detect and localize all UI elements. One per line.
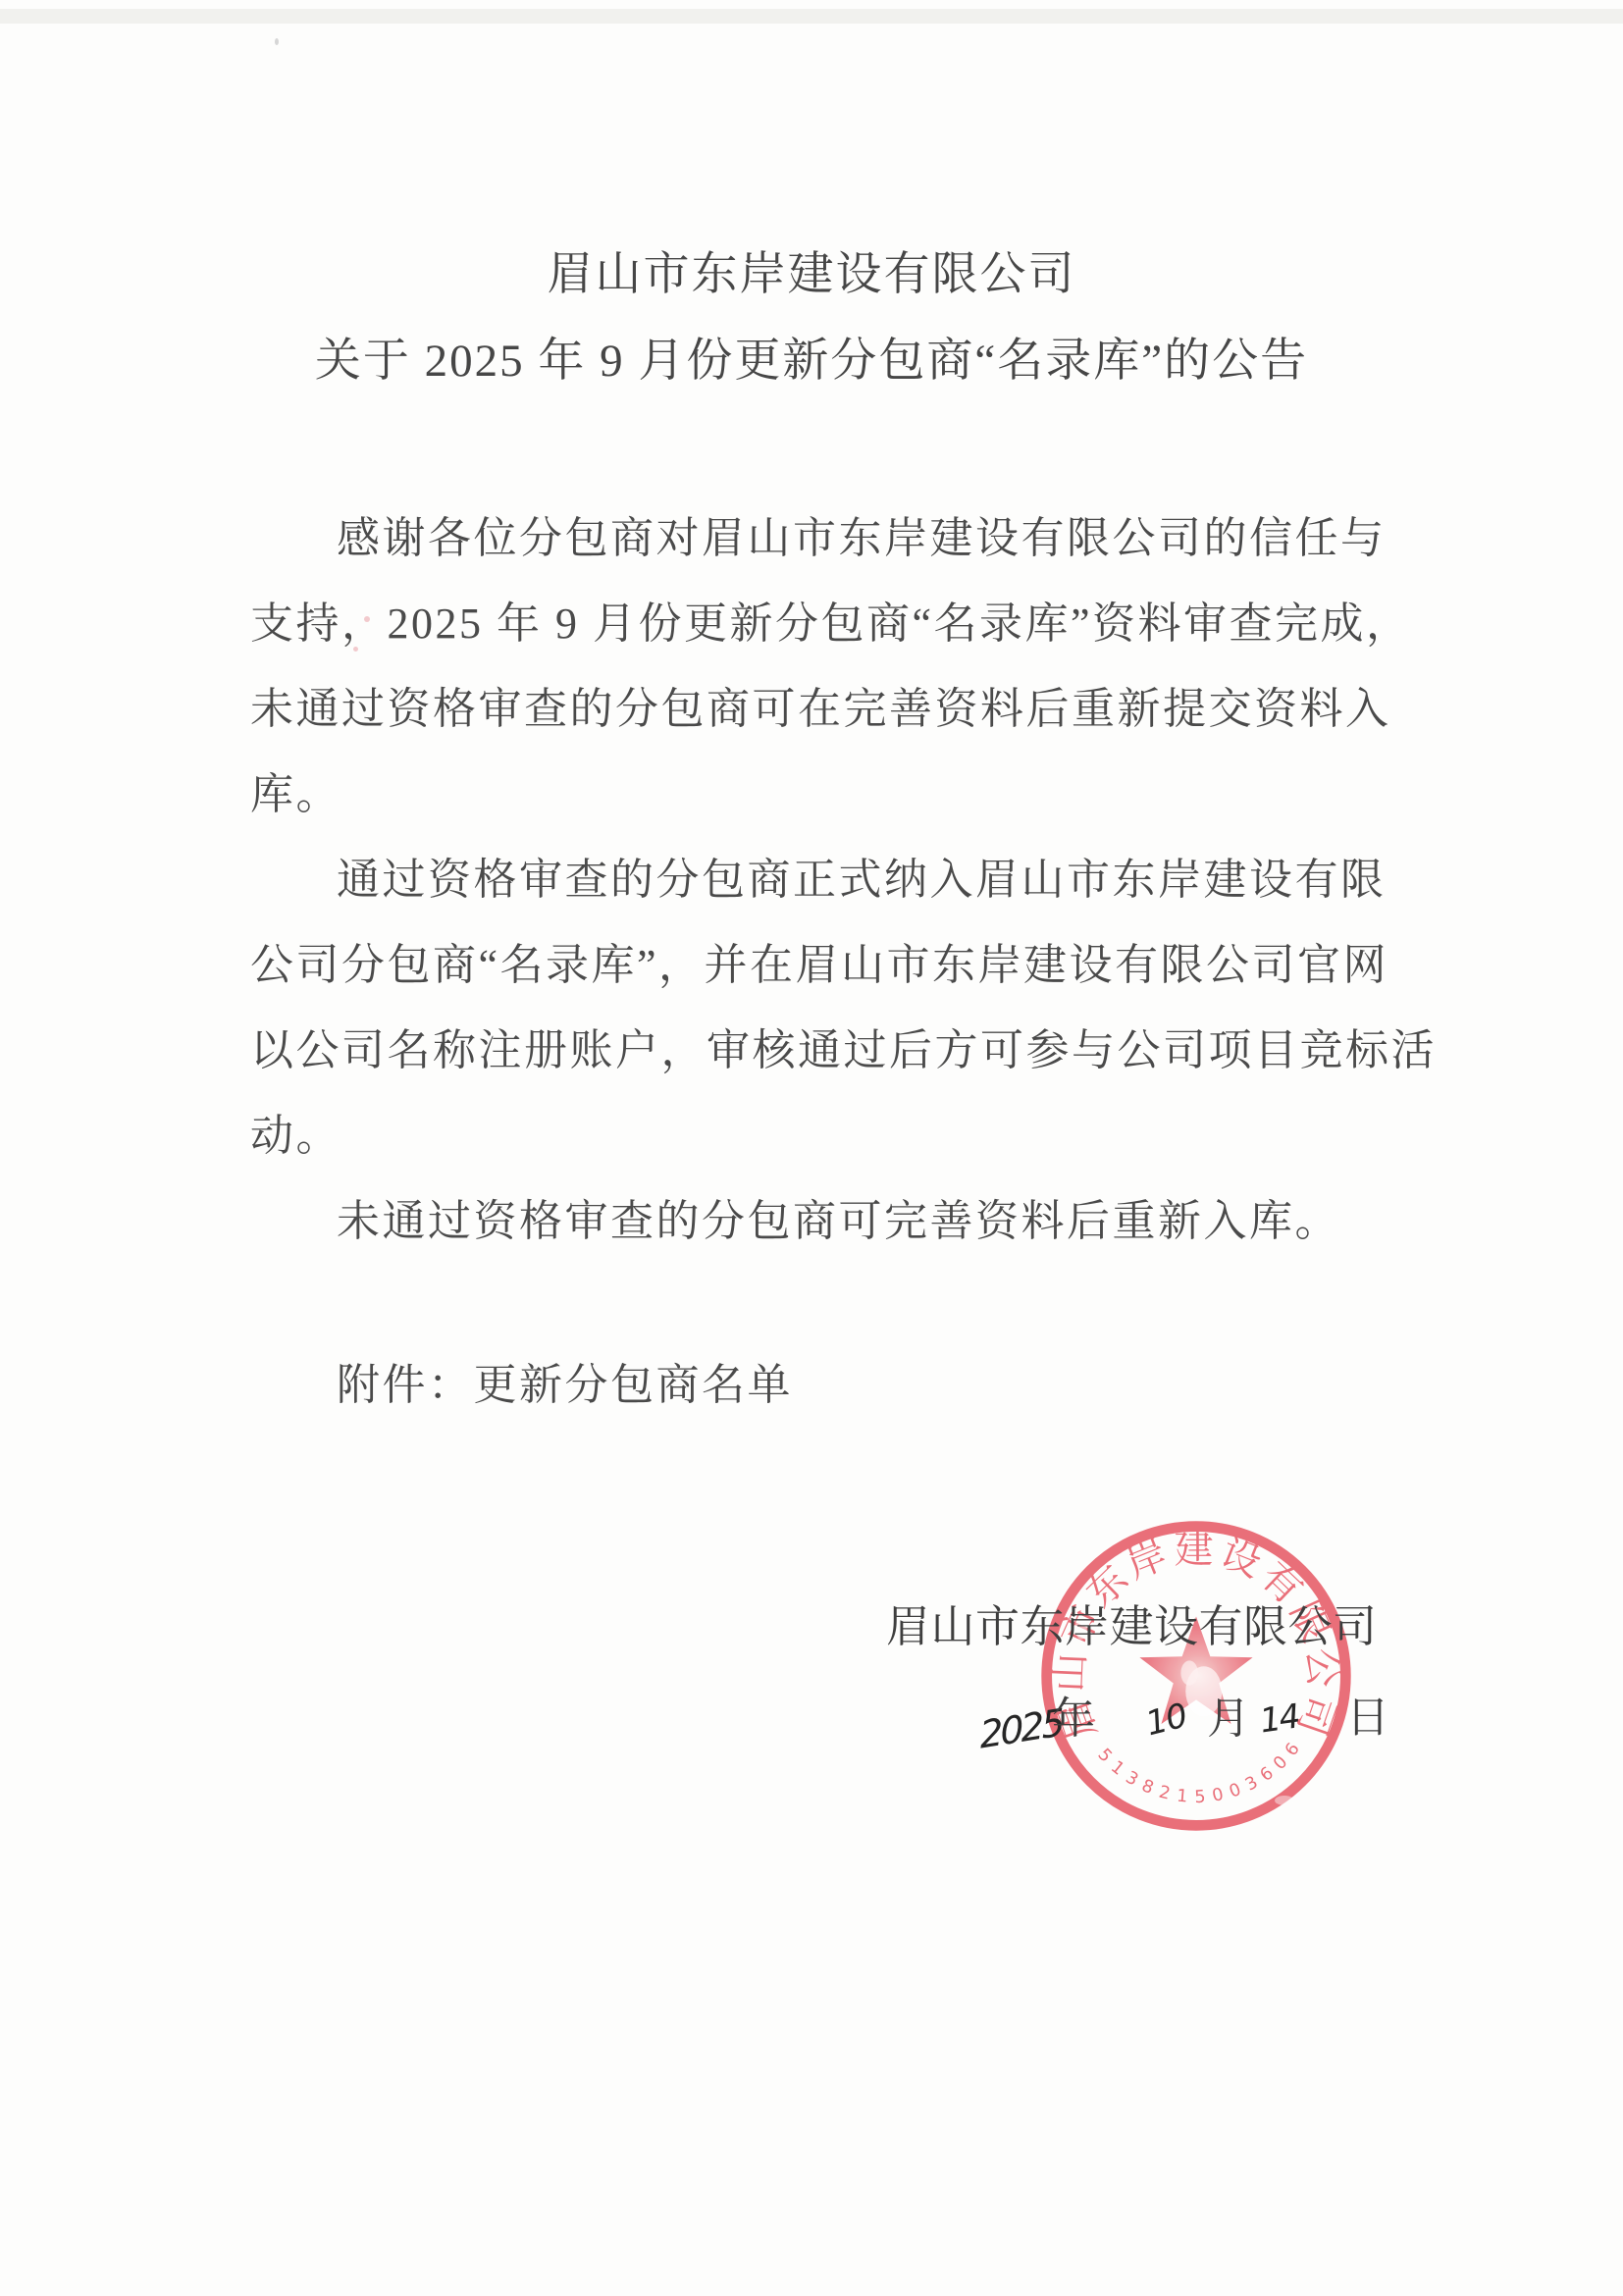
attachment-line: 附件：更新分包商名单 — [337, 1342, 793, 1428]
company-seal-stamp: 眉山市东岸建设有限公司 5138215003606 — [1033, 1511, 1359, 1841]
body-line: 通过资格审查的分包商正式纳入眉山市东岸建设有限 — [250, 837, 1379, 922]
body-line: 以公司名称注册账户，审核通过后方可参与公司项目竞标活 — [250, 1008, 1379, 1093]
body-line: 感谢各位分包商对眉山市东岸建设有限公司的信任与 — [250, 496, 1379, 581]
body-text-block: 感谢各位分包商对眉山市东岸建设有限公司的信任与支持，2025 年 9 月份更新分… — [250, 496, 1379, 1264]
seal-ink-void — [1180, 1660, 1198, 1685]
body-line: 未通过资格审查的分包商可完善资料后重新入库。 — [250, 1178, 1379, 1264]
body-line: 公司分包商“名录库”，并在眉山市东岸建设有限公司官网 — [250, 922, 1379, 1008]
handwritten-day: 14 — [1257, 1696, 1300, 1741]
document-title-subject: 关于 2025 年 9 月份更新分包商“名录库”的公告 — [0, 334, 1623, 389]
scan-artifact-band — [0, 9, 1623, 24]
seal-ink-void — [1275, 1796, 1294, 1805]
body-line: 未通过资格审查的分包商可在完善资料后重新提交资料入 — [250, 666, 1379, 752]
document-title-company: 眉山市东岸建设有限公司 — [0, 247, 1623, 302]
body-line: 库。 — [250, 752, 1379, 837]
body-line: 动。 — [250, 1093, 1379, 1178]
year-label: 年 — [1052, 1695, 1095, 1744]
month-label: 月 — [1207, 1695, 1250, 1744]
day-label: 日 — [1346, 1694, 1389, 1743]
signature-company-name: 眉山市东岸建设有限公司 — [886, 1601, 1378, 1652]
body-line: 支持，2025 年 9 月份更新分包商“名录库”资料审查完成， — [250, 581, 1379, 666]
scanned-announcement-page: 眉山市东岸建设有限公司 关于 2025 年 9 月份更新分包商“名录库”的公告 … — [0, 0, 1623, 2296]
scan-speck — [275, 38, 279, 45]
